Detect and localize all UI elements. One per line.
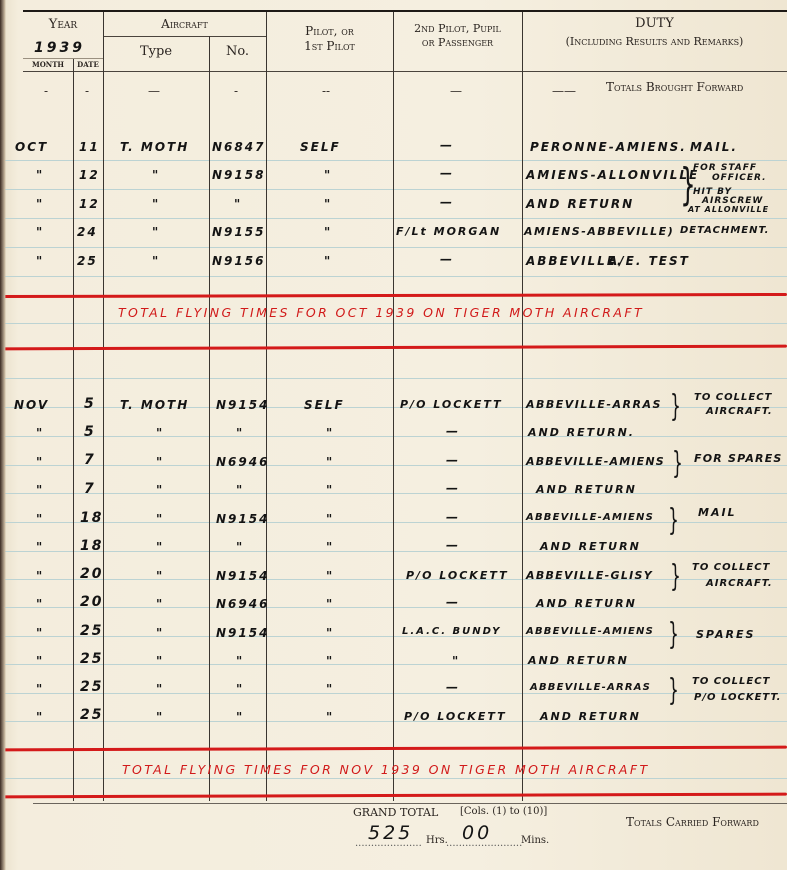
pilot-cell: ": [326, 455, 334, 469]
cols-label: [Cols. (1) to (10)]: [460, 806, 547, 817]
duty-cell: PERONNE-AMIENS.: [530, 140, 687, 154]
duty-cell: ABBEVILLE-ARRAS: [526, 398, 662, 411]
second-pilot-cell: —: [446, 424, 460, 438]
aircraft-type-cell: ": [156, 512, 164, 526]
second-pilot-header: 2nd Pilot, Pupil or Passenger: [393, 22, 522, 50]
duty-cell: AND RETURN: [528, 654, 629, 667]
second-pilot-cell: P/O LOCKETT: [404, 710, 507, 723]
duty-cell: ABBEVILLE-AMIENS: [526, 455, 665, 468]
brace-icon: }: [668, 676, 679, 706]
hours-label: Hrs.: [426, 835, 448, 846]
date-header: DATE: [73, 61, 103, 70]
aircraft-type-cell: ": [156, 682, 164, 696]
month-cell: ": [36, 597, 44, 611]
second-pilot-cell: P/O LOCKETT: [406, 569, 509, 582]
aircraft-no-cell: N9155: [212, 225, 265, 239]
duty-cell: AMIENS-ABBEVILLE): [524, 225, 674, 238]
grand-total-label: GRAND TOTAL: [353, 806, 438, 819]
date-cell: 25: [77, 254, 98, 268]
aircraft-no-cell: N6946: [216, 597, 269, 611]
date-cell: 11: [79, 140, 100, 154]
aircraft-no-cell: N9156: [212, 254, 265, 268]
second-pilot-cell: —: [446, 453, 460, 467]
month-cell: ": [36, 225, 44, 239]
year-header: Year: [23, 17, 103, 33]
remark-line: TO COLLECT: [694, 392, 772, 403]
remark-line: SPARES: [696, 628, 755, 641]
aircraft-type-cell: ": [156, 483, 164, 497]
aircraft-type-cell: ": [152, 225, 160, 239]
pilot-cell: ": [326, 654, 334, 668]
brace-icon: }: [672, 449, 683, 479]
remark-cell: MAIL.: [690, 140, 738, 154]
bf-duty-dash: ——: [552, 84, 576, 98]
aircraft-type-cell: ": [156, 654, 164, 668]
aircraft-type-cell: ": [156, 569, 164, 583]
pilot-header-line2: 1st Pilot: [266, 39, 393, 54]
aircraft-no-cell: ": [236, 682, 244, 696]
aircraft-no-cell: ": [236, 654, 244, 668]
duty-cell: AND RETURN.: [528, 426, 635, 439]
bf-second-pilot: —: [450, 84, 462, 98]
month-cell: ": [36, 512, 44, 526]
date-cell: 18: [80, 510, 103, 526]
pilot-header: Pilot, or 1st Pilot: [266, 24, 393, 54]
month-cell: ": [36, 455, 44, 469]
remark-line: TO COLLECT: [692, 562, 770, 573]
bf-no: -: [234, 84, 238, 98]
remark-line: MAIL: [698, 506, 737, 519]
aircraft-type-cell: ": [156, 426, 164, 440]
month-cell: ": [36, 626, 44, 640]
second-pilot-cell: —: [446, 510, 460, 524]
remark-cell: A/E. TEST: [608, 254, 690, 268]
pilot-cell: SELF: [304, 398, 345, 412]
aircraft-type-cell: ": [152, 254, 160, 268]
year-value: 1939: [34, 40, 85, 56]
aircraft-no-cell: N9154: [216, 569, 269, 583]
month-header: MONTH: [23, 61, 73, 70]
bf-pilot: --: [322, 84, 330, 98]
duty-cell: AND RETURN: [536, 483, 637, 496]
page-edge-shadow: [0, 0, 6, 870]
date-cell: 7: [84, 452, 96, 468]
no-header: No.: [209, 44, 266, 60]
second-pilot-header-line1: 2nd Pilot, Pupil: [393, 22, 522, 36]
duty-cell: ABBEVILLE-GLISY: [526, 569, 653, 582]
remark-line: AIRCRAFT.: [706, 406, 773, 417]
header-bottom-border: [23, 71, 787, 72]
second-pilot-cell: —: [440, 195, 454, 209]
footer-rule: [33, 803, 787, 804]
aircraft-no-cell: N9154: [216, 626, 269, 640]
pilot-cell: ": [324, 197, 332, 211]
pilot-cell: ": [326, 426, 334, 440]
second-pilot-cell: —: [440, 138, 454, 152]
pilot-cell: ": [326, 682, 334, 696]
header-top-border: [23, 10, 787, 12]
grand-total-mins: 00: [462, 822, 492, 844]
remark-line: TO COLLECT: [692, 676, 770, 687]
date-cell: 5: [84, 424, 96, 440]
pilot-cell: ": [324, 225, 332, 239]
totals-brought-forward-label: Totals Brought Forward: [606, 80, 743, 94]
aircraft-no-cell: N6847: [212, 140, 265, 154]
aircraft-no-cell: N9154: [216, 398, 269, 412]
second-pilot-cell: F/Lt MORGAN: [396, 225, 501, 238]
month-cell: ": [36, 540, 44, 554]
bf-date: -: [85, 84, 89, 98]
remark-line: OFFICER.: [712, 173, 767, 183]
remark-cell: DETACHMENT.: [680, 225, 769, 236]
type-header: Type: [103, 44, 209, 60]
aircraft-no-cell: N9158: [212, 168, 265, 182]
month-cell: ": [36, 168, 44, 182]
remark-line: AIRCRAFT.: [706, 578, 773, 589]
brace-icon: }: [670, 562, 681, 592]
bf-month: -: [44, 84, 48, 98]
october-total-text: TOTAL FLYING TIMES FOR OCT 1939 ON TIGER…: [118, 305, 644, 320]
month-cell: ": [36, 569, 44, 583]
year-dotted-line: [23, 58, 103, 59]
remark-line: AT ALLONVILLE: [688, 205, 769, 214]
remark-line: P/O LOCKETT.: [694, 692, 781, 703]
date-cell: 20: [80, 594, 103, 610]
november-total-text: TOTAL FLYING TIMES FOR NOV 1939 ON TIGER…: [122, 762, 650, 777]
aircraft-header: Aircraft: [103, 17, 266, 32]
second-pilot-cell: —: [446, 538, 460, 552]
column-divider-pilot-second: [393, 12, 394, 801]
pilot-cell: ": [326, 710, 334, 724]
duty-cell: AND RETURN: [526, 197, 634, 211]
duty-subheader: (Including Results and Remarks): [522, 35, 787, 49]
pilot-cell: ": [324, 168, 332, 182]
aircraft-no-cell: ": [236, 540, 244, 554]
duty-header: DUTY: [522, 16, 787, 32]
aircraft-no-cell: N6946: [216, 455, 269, 469]
aircraft-type-cell: ": [152, 168, 160, 182]
pilot-cell: ": [326, 540, 334, 554]
duty-cell: AND RETURN: [536, 597, 637, 610]
mins-label: Mins.: [521, 835, 549, 846]
duty-cell: ABBEVILLE-ARRAS: [530, 682, 651, 693]
month-cell: ": [36, 682, 44, 696]
pilot-cell: ": [326, 626, 334, 640]
date-cell: 12: [79, 197, 100, 211]
second-pilot-cell: P/O LOCKETT: [400, 398, 503, 411]
aircraft-no-cell: ": [236, 710, 244, 724]
pilot-cell: ": [326, 597, 334, 611]
duty-cell: AND RETURN: [540, 710, 641, 723]
duty-cell: ABBEVILLE-AMIENS: [526, 626, 654, 637]
second-pilot-cell: —: [446, 680, 460, 694]
brace-icon: }: [670, 392, 681, 422]
pilot-cell: ": [326, 569, 334, 583]
brace-icon: }: [668, 506, 679, 536]
pilot-cell: ": [326, 512, 334, 526]
aircraft-no-cell: ": [236, 483, 244, 497]
second-pilot-cell: ": [452, 654, 460, 668]
remark-line: FOR STAFF: [693, 163, 757, 173]
aircraft-type-cell: T. MOTH: [120, 398, 189, 412]
remark-line: FOR SPARES: [694, 452, 783, 465]
month-cell: ": [36, 426, 44, 440]
month-cell: ": [36, 197, 44, 211]
second-pilot-cell: L.A.C. BUNDY: [402, 626, 501, 637]
second-pilot-cell: —: [440, 166, 454, 180]
aircraft-subheader-line: [103, 36, 266, 37]
aircraft-type-cell: ": [156, 455, 164, 469]
second-pilot-header-line2: or Passenger: [393, 36, 522, 50]
aircraft-no-cell: ": [236, 426, 244, 440]
month-cell: ": [36, 254, 44, 268]
month-cell: ": [36, 483, 44, 497]
date-cell: 18: [80, 538, 103, 554]
month-cell: ": [36, 710, 44, 724]
column-divider-month-date: [73, 59, 74, 801]
date-cell: 24: [77, 225, 98, 239]
date-cell: 25: [80, 651, 103, 667]
date-cell: 12: [79, 168, 100, 182]
month-cell: OCT: [15, 140, 48, 154]
date-cell: 20: [80, 566, 103, 582]
aircraft-type-cell: T. MOTH: [120, 140, 189, 154]
date-cell: 25: [80, 623, 103, 639]
totals-carried-forward-label: Totals Carried Forward: [626, 815, 759, 829]
pilot-cell: ": [326, 483, 334, 497]
aircraft-type-cell: ": [152, 197, 160, 211]
date-cell: 7: [84, 481, 96, 497]
date-cell: 25: [80, 679, 103, 695]
second-pilot-cell: —: [446, 481, 460, 495]
bf-type: —: [148, 84, 160, 98]
aircraft-type-cell: ": [156, 626, 164, 640]
duty-cell: AND RETURN: [540, 540, 641, 553]
grand-total-hours: 525: [368, 822, 413, 844]
pilot-cell: SELF: [300, 140, 341, 154]
duty-cell: AMIENS-ALLONVILLE: [526, 168, 699, 182]
pilot-cell: ": [324, 254, 332, 268]
month-cell: NOV: [14, 398, 49, 412]
aircraft-type-cell: ": [156, 597, 164, 611]
logbook-page: Year 1939 MONTH DATE Aircraft Type No. P…: [0, 0, 787, 870]
date-cell: 25: [80, 707, 103, 723]
aircraft-no-cell: ": [234, 197, 242, 211]
duty-cell: ABBEVILLE-AMIENS: [526, 512, 654, 523]
pilot-header-line1: Pilot, or: [266, 24, 393, 39]
brace-icon: }: [668, 620, 679, 650]
month-cell: ": [36, 654, 44, 668]
date-cell: 5: [84, 396, 96, 412]
column-divider-type-no: [209, 36, 210, 801]
second-pilot-cell: —: [440, 252, 454, 266]
aircraft-no-cell: N9154: [216, 512, 269, 526]
second-pilot-cell: —: [446, 595, 460, 609]
column-divider-second-duty: [522, 12, 523, 801]
aircraft-type-cell: ": [156, 710, 164, 724]
aircraft-type-cell: ": [156, 540, 164, 554]
